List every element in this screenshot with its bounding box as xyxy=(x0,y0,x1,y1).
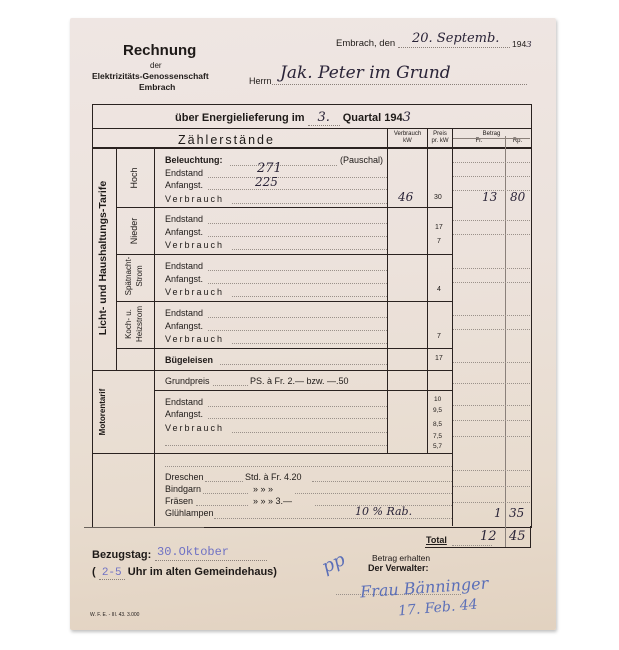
betrag-erhalten-label: Betrag erhalten xyxy=(372,553,430,563)
dreschen-detail: Std. à Fr. 4.20 xyxy=(245,472,302,482)
hoch-betrag-fr: 13 xyxy=(482,190,497,204)
nieder-endstand-label: Endstand xyxy=(165,214,203,224)
bezugstag-value: 30.Oktober xyxy=(157,545,229,559)
koch-label: Koch- u.Heizstrom xyxy=(123,301,147,347)
grundpreis-label: Grundpreis xyxy=(165,376,210,386)
period-row: über Energielieferung im 3. Quartal 1943 xyxy=(175,110,411,126)
gluehlampen-label: Glühlampen xyxy=(165,508,214,518)
spaetnacht-anfangst-label: Anfangst. xyxy=(165,274,203,284)
nieder-verbrauch-label: Verbrauch xyxy=(165,240,224,250)
invoice-table xyxy=(92,104,532,528)
hoch-anfangst-label: Anfangst. xyxy=(165,180,203,190)
total-rp: 45 xyxy=(509,529,526,544)
recipient-handwritten: Jak. Peter im Grund xyxy=(280,63,451,83)
spaetnacht-label: Spätnacht-Strom xyxy=(123,253,147,299)
betrag-header: Betrag xyxy=(453,131,530,137)
verwalter-label: Der Verwalter: xyxy=(368,563,429,573)
hoch-verbrauch-label: Verbrauch xyxy=(165,194,224,204)
spaetnacht-preis: 4 xyxy=(437,286,441,293)
motor-preis-3: 8,5 xyxy=(433,421,442,428)
year-label: 1943 xyxy=(512,39,532,50)
hoch-label: Hoch xyxy=(129,159,141,197)
print-code: W. F. E. - III. 43. 3.000 xyxy=(90,612,139,618)
company-town: Embrach xyxy=(139,82,175,92)
licht-tarife-label: Licht- und Haushaltungs-Tarife xyxy=(97,144,111,372)
hoch-anfangst-value: 225 xyxy=(255,175,278,189)
date-handwritten: 20. Septemb. xyxy=(412,31,499,46)
rabatt-betrag-rp: 35 xyxy=(509,506,524,520)
hoch-endstand-label: Endstand xyxy=(165,168,203,178)
fraesen-detail: » » » 3.— xyxy=(253,496,292,506)
dreschen-label: Dreschen xyxy=(165,472,204,482)
motor-preis-2: 9,5 xyxy=(433,407,442,414)
total-fr: 12 xyxy=(480,529,497,544)
invoice-title: Rechnung xyxy=(123,42,196,59)
koch-endstand-label: Endstand xyxy=(165,308,203,318)
grundpreis-detail: PS. à Fr. 2.— bzw. —.50 xyxy=(250,376,349,386)
pauschal-label: (Pauschal) xyxy=(340,155,383,165)
rabatt-betrag-fr: 1 xyxy=(494,506,502,520)
koch-verbrauch-label: Verbrauch xyxy=(165,334,224,344)
motor-verbrauch-label: Verbrauch xyxy=(165,423,224,433)
bindgarn-detail: » » » xyxy=(253,484,273,494)
motorentarif-label: Motorentarif xyxy=(98,372,110,452)
preis-header: Preispr. kW xyxy=(427,131,453,145)
bezugstag-field: 30.Oktober xyxy=(155,547,267,561)
nieder-label: Nieder xyxy=(129,208,141,254)
recipient-field: Jak. Peter im Grund xyxy=(272,66,527,85)
company-name: Elektrizitäts-Genossenschaft xyxy=(92,71,209,81)
fraesen-label: Fräsen xyxy=(165,496,193,506)
zaehlerstaende-header: Zählerstände xyxy=(178,133,275,147)
rabatt-handwritten: 10 % Rab. xyxy=(355,505,412,518)
bindgarn-label: Bindgarn xyxy=(165,484,201,494)
total-label: Total xyxy=(426,535,447,545)
date-field: 20. Septemb. xyxy=(398,33,510,48)
motor-preis-5: 5,7 xyxy=(433,443,442,450)
nieder-preis-1: 17 xyxy=(435,224,443,231)
hoch-endstand-value: 271 xyxy=(257,161,282,176)
spaetnacht-endstand-label: Endstand xyxy=(165,261,203,271)
motor-endstand-label: Endstand xyxy=(165,397,203,407)
recipient-label: Herrn xyxy=(249,76,272,86)
nieder-anfangst-label: Anfangst. xyxy=(165,227,203,237)
bezugstag-label: Bezugstag: xyxy=(92,549,151,561)
place-label: Embrach, den xyxy=(336,38,395,49)
motor-preis-4: 7,5 xyxy=(433,433,442,440)
hours-line: ( 2-5 Uhr im alten Gemeindehaus) xyxy=(92,566,277,580)
koch-preis: 7 xyxy=(437,333,441,340)
spaetnacht-verbrauch-label: Verbrauch xyxy=(165,287,224,297)
hoch-betrag-rp: 80 xyxy=(510,190,525,204)
der-label: der xyxy=(150,61,162,70)
beleuchtung-label: Beleuchtung: xyxy=(165,155,223,165)
hoch-preis: 30 xyxy=(434,194,442,201)
koch-anfangst-label: Anfangst. xyxy=(165,321,203,331)
hoch-verbrauch-kw: 46 xyxy=(398,190,413,204)
verbrauch-header: VerbrauchkW xyxy=(388,131,427,145)
buegeleisen-preis: 17 xyxy=(435,355,443,362)
motor-anfangst-label: Anfangst. xyxy=(165,409,203,419)
nieder-preis-2: 7 xyxy=(437,238,441,245)
buegeleisen-label: Bügeleisen xyxy=(165,355,213,365)
motor-preis-1: 10 xyxy=(434,396,441,403)
